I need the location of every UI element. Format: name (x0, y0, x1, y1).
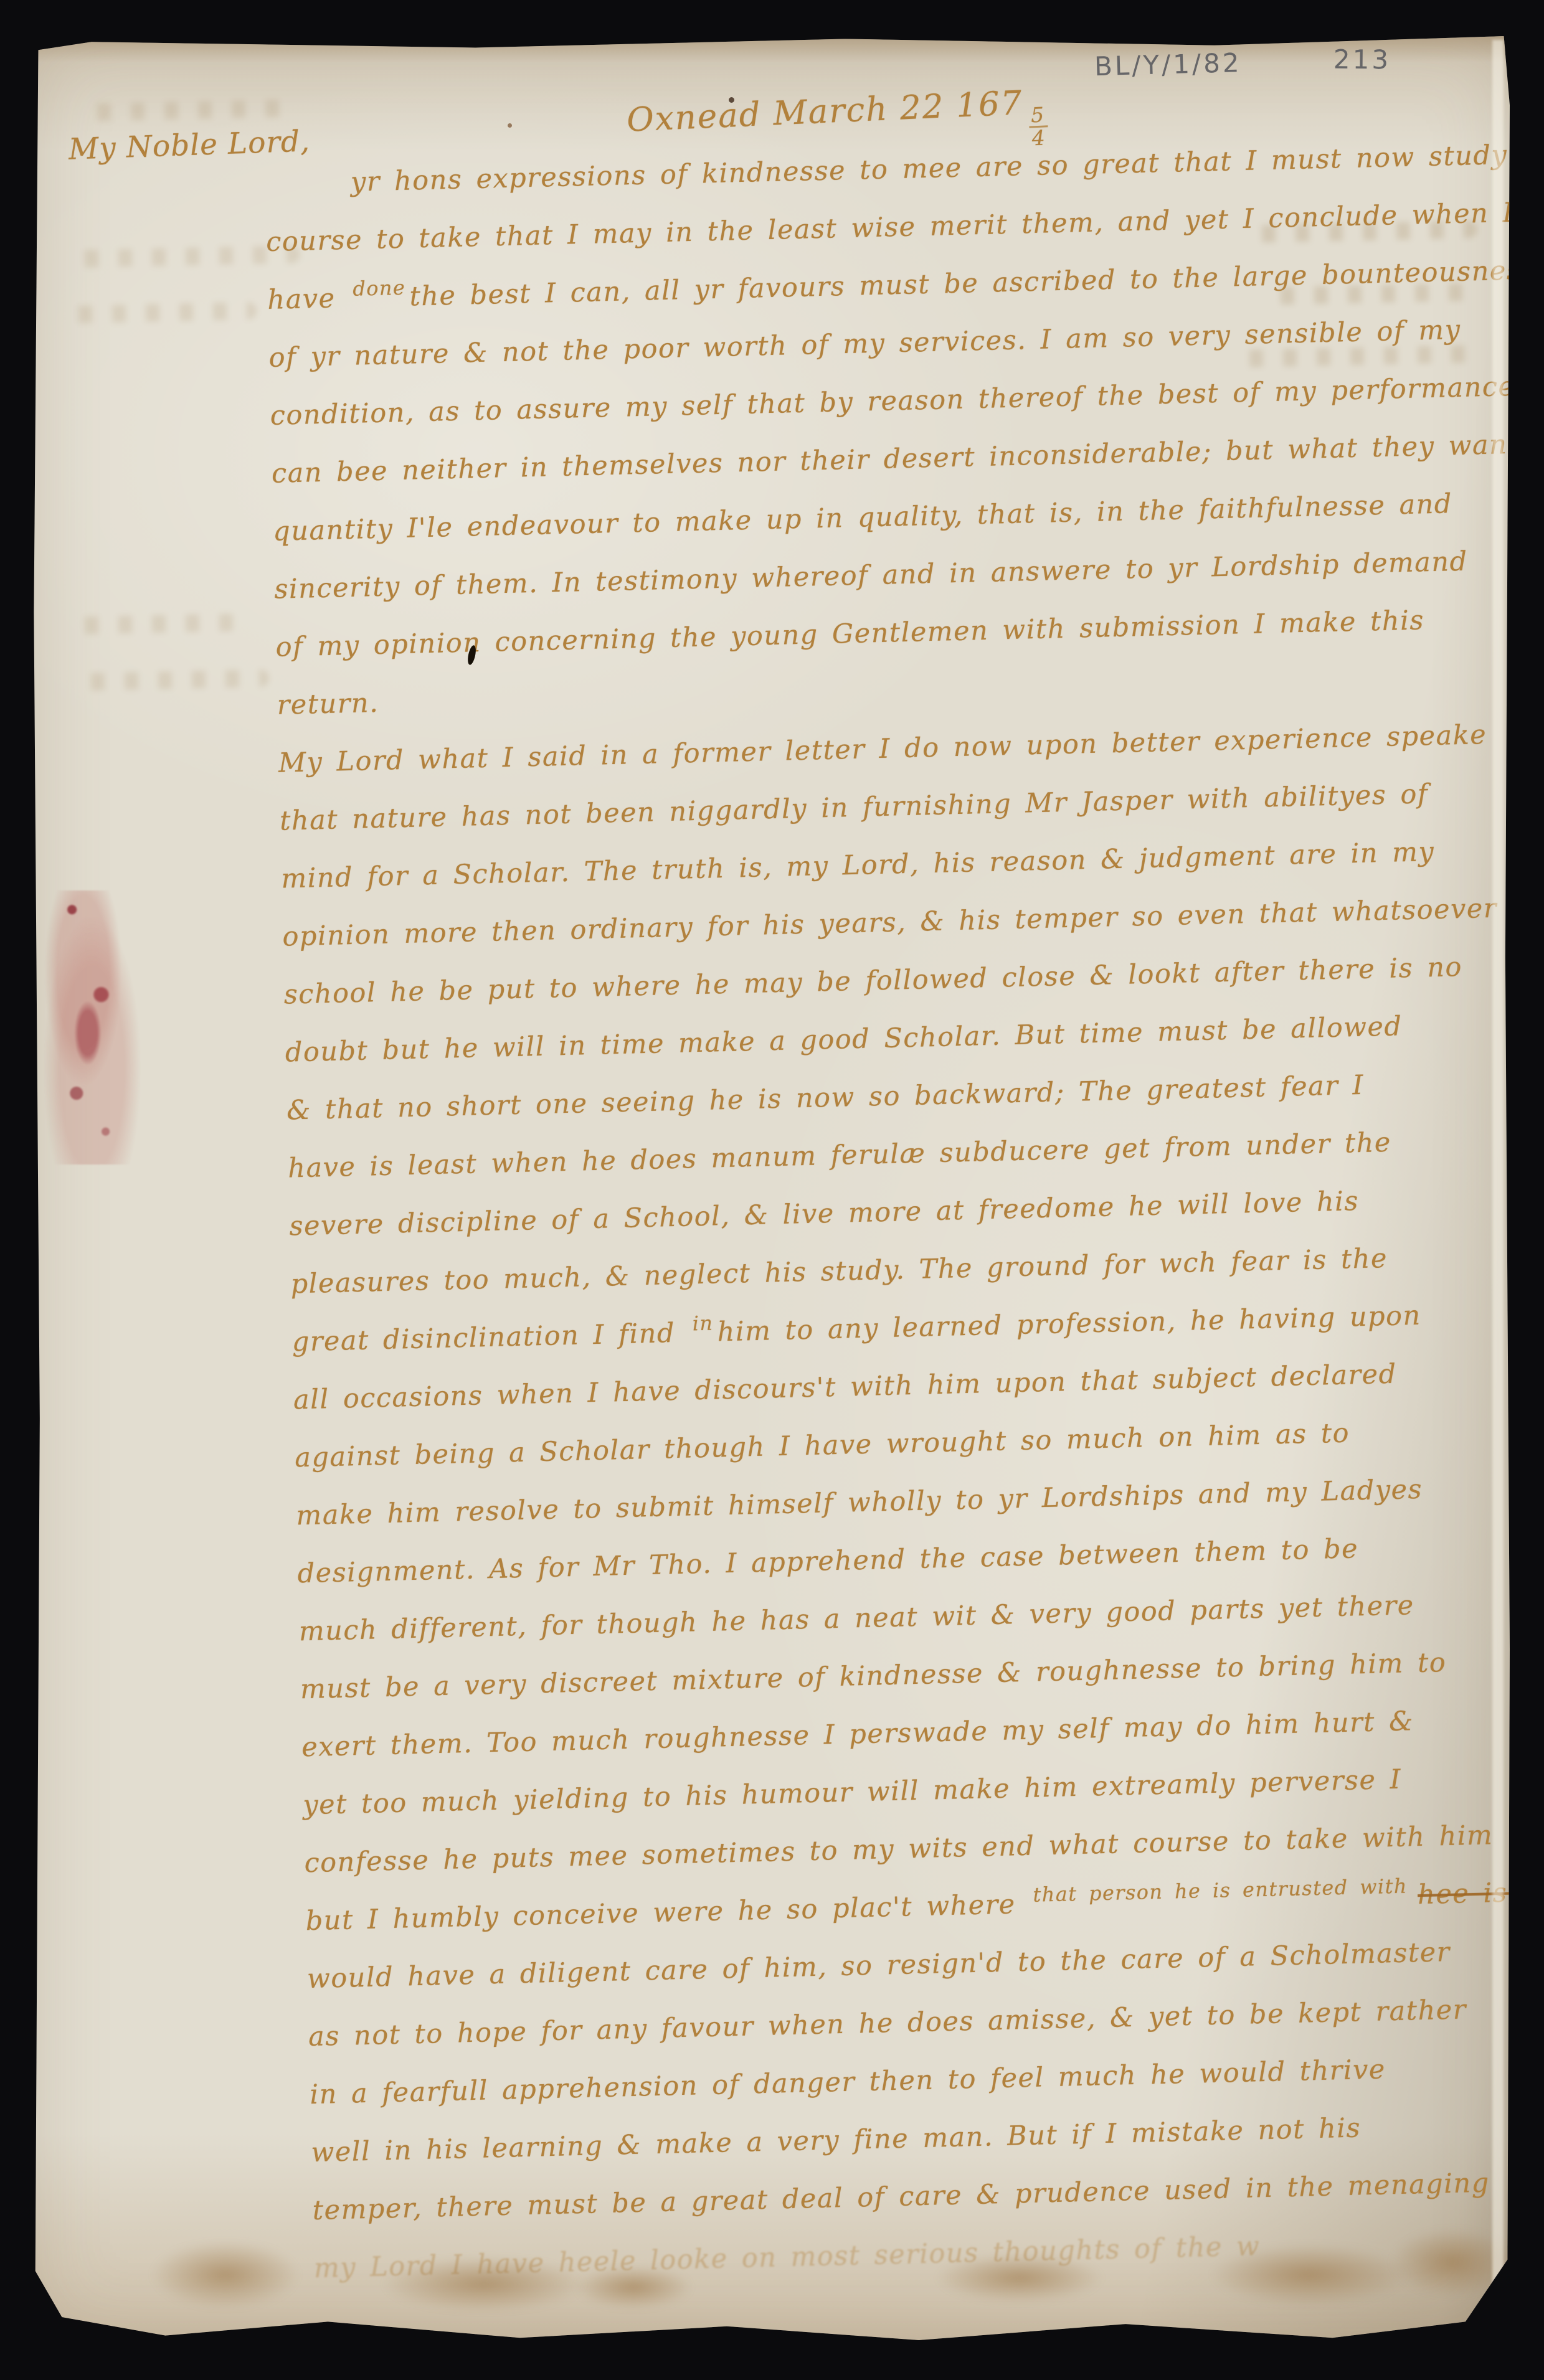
letter-segment: have (267, 283, 336, 316)
letter-segment: return. (277, 687, 379, 721)
letter-segment: against being a Scholar though I have wr… (295, 1418, 1350, 1474)
bottom-damp-stain (381, 2256, 587, 2312)
bottom-damp-stain (151, 2241, 300, 2309)
bottom-damp-stain (1390, 2228, 1515, 2297)
letter-segment: severe discipline of a School, & live mo… (289, 1186, 1360, 1242)
bleedthrough-mark (70, 302, 257, 323)
paper-speck (729, 97, 734, 103)
letter-segment: designment. As for Mr Tho. I apprehend t… (297, 1533, 1359, 1589)
bleedthrough-mark (76, 613, 239, 634)
bottom-damp-stain (935, 2253, 1104, 2303)
year-fraction-top: 5 (1028, 104, 1048, 128)
photo-backdrop: BL/Y/1/82 213 Oxnead March 22 16754 My N… (0, 0, 1544, 2380)
letter-segment-ins: done (353, 275, 406, 300)
letter-segment: well in his learning & make a very fine … (311, 2112, 1362, 2168)
bleedthrough-mark (82, 669, 270, 691)
archival-reference: BL/Y/1/82 (1094, 47, 1242, 82)
manuscript-page: BL/Y/1/82 213 Oxnead March 22 16754 My N… (32, 36, 1510, 2340)
letter-segment: but I humbly conceive were he so plac't … (305, 1889, 1016, 1937)
letter-segment-del: hee is intrusted ha clause one (1418, 1869, 1544, 1910)
letter-segment: him to any learned profession, he having… (717, 1300, 1421, 1348)
bottom-damp-stain (574, 2265, 693, 2309)
bottom-damp-stain (1210, 2244, 1409, 2306)
red-ink-stain (36, 890, 148, 1164)
letter-segment: great disinclination I find (291, 1318, 675, 1358)
paper-speck (508, 123, 512, 128)
folio-number: 213 (1333, 44, 1391, 75)
letter-segment-ins: in (692, 1311, 714, 1335)
bleedthrough-mark (88, 100, 295, 121)
letter-segment-ins: that person he is entrusted with (1033, 1874, 1408, 1906)
dateline-text: Oxnead March 22 167 (626, 84, 1024, 139)
letter-body: yr hons expressions of kindnesse to mee … (264, 126, 1544, 2298)
